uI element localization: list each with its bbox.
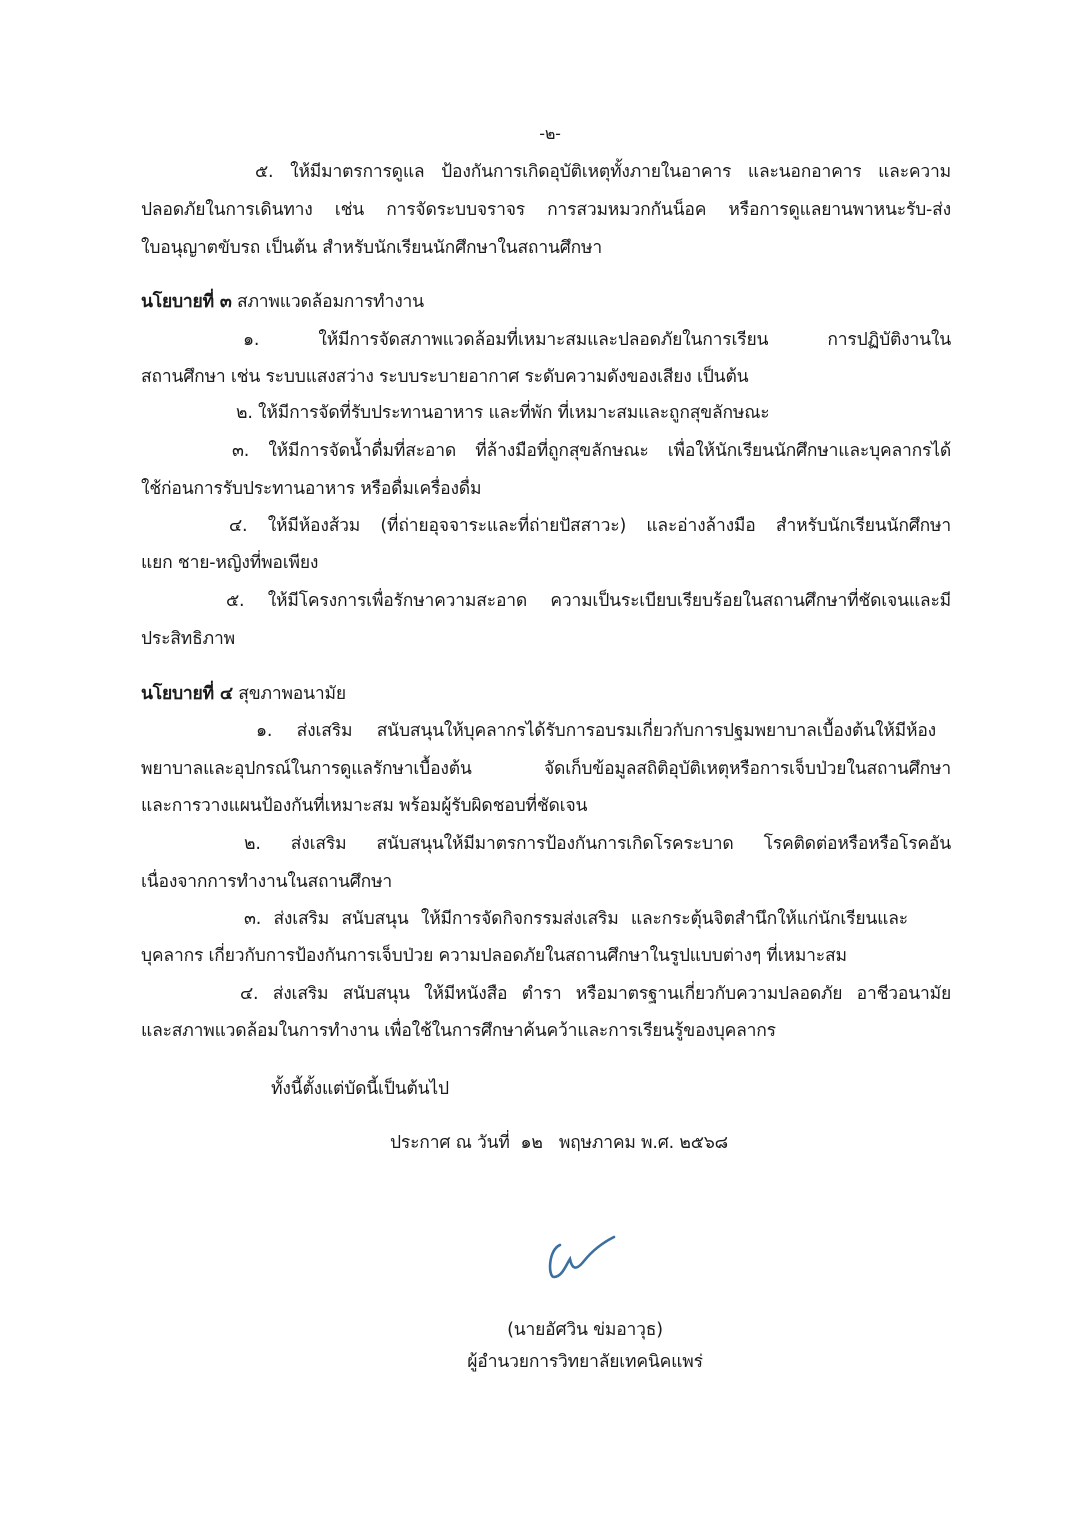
policy3-item5-line1: ๕. ให้มีโครงการเพื่อรักษาความสะอาด ความเ… <box>226 589 951 613</box>
policy3-item3-line1: ๓. ให้มีการจัดน้ำดื่มที่สะอาด ที่ล้างมือ… <box>232 439 951 463</box>
announcement-month-year: พฤษภาคม พ.ศ. ๒๕๖๘ <box>559 1133 728 1153</box>
policy3-item4-line2: แยก ชาย-หญิงที่พอเพียง <box>141 551 318 575</box>
policy4-item3-line1: ๓. ส่งเสริม สนับสนุน ให้มีการจัดกิจกรรมส… <box>244 907 908 931</box>
policy4-item2-line2: เนื่องจากการทำงานในสถานศึกษา <box>141 870 392 894</box>
page-number: -๒- <box>0 122 1080 146</box>
policy3-heading: นโยบายที่ ๓ สภาพแวดล้อมการทำงาน <box>141 290 424 314</box>
announcement-date: ประกาศ ณ วันที่ ๑๒ พฤษภาคม พ.ศ. ๒๕๖๘ <box>390 1131 728 1155</box>
policy3-item4-line1: ๔. ให้มีห้องส้วม (ที่ถ่ายอุจจาระและที่ถ่… <box>229 514 951 538</box>
policy4-item3-line2: บุคลากร เกี่ยวกับการป้องกันการเจ็บป่วย ค… <box>141 944 847 968</box>
announcement-prefix: ประกาศ ณ วันที่ <box>390 1133 510 1153</box>
policy4-item1-line2: พยาบาลและอุปกรณ์ในการดูแลรักษาเบื้องต้น … <box>141 757 951 781</box>
policy4-item2-line1: ๒. ส่งเสริม สนับสนุนให้มีมาตรการป้องกันก… <box>244 832 951 856</box>
signatory-position: ผู้อำนวยการวิทยาลัยเทคนิคแพร่ <box>420 1350 750 1374</box>
policy4-item4-line1: ๔. ส่งเสริม สนับสนุน ให้มีหนังสือ ตำรา ห… <box>240 982 951 1006</box>
signature-image <box>540 1225 620 1285</box>
policy3-title: สภาพแวดล้อมการทำงาน <box>237 292 424 312</box>
policy4-item1-line1: ๑. ส่งเสริม สนับสนุนให้บุคลากรได้รับการอ… <box>256 719 936 743</box>
policy4-item1-line3: และการวางแผนป้องกันที่เหมาะสม พร้อมผู้รั… <box>141 794 587 818</box>
announcement-day: ๑๒ <box>520 1133 542 1153</box>
policy3-item1-line1: ๑. ให้มีการจัดสภาพแวดล้อมที่เหมาะสมและปล… <box>243 328 951 352</box>
policy3-label: นโยบายที่ ๓ <box>141 292 232 312</box>
policy4-item4-line2: และสภาพแวดล้อมในการทำงาน เพื่อใช้ในการศึ… <box>141 1019 776 1043</box>
item5-line2: ปลอดภัยในการเดินทาง เช่น การจัดระบบจราจร… <box>141 198 951 222</box>
policy3-item2-line1: ๒. ให้มีการจัดที่รับประทานอาหาร และที่พั… <box>236 401 769 425</box>
item5-line1: ๕. ให้มีมาตรการดูแล ป้องกันการเกิดอุบัติ… <box>255 160 951 184</box>
policy4-label: นโยบายที่ ๔ <box>141 684 233 704</box>
policy3-item5-line2: ประสิทธิภาพ <box>141 627 235 651</box>
document-page: -๒- ๕. ให้มีมาตรการดูแล ป้องกันการเกิดอุ… <box>0 0 1080 1527</box>
policy4-heading: นโยบายที่ ๔ สุขภาพอนามัย <box>141 682 346 706</box>
item5-line3: ใบอนุญาตขับรถ เป็นต้น สำหรับนักเรียนนักศ… <box>141 236 602 260</box>
signatory-name: (นายอัศวิน ข่มอาวุธ) <box>420 1318 750 1342</box>
policy4-title: สุขภาพอนามัย <box>238 684 346 704</box>
policy3-item3-line2: ใช้ก่อนการรับประทานอาหาร หรือดื่มเครื่อง… <box>141 477 481 501</box>
closing-statement: ทั้งนี้ตั้งแต่บัดนี้เป็นต้นไป <box>271 1077 449 1101</box>
policy3-item1-line2: สถานศึกษา เช่น ระบบแสงสว่าง ระบบระบายอาก… <box>141 365 748 389</box>
